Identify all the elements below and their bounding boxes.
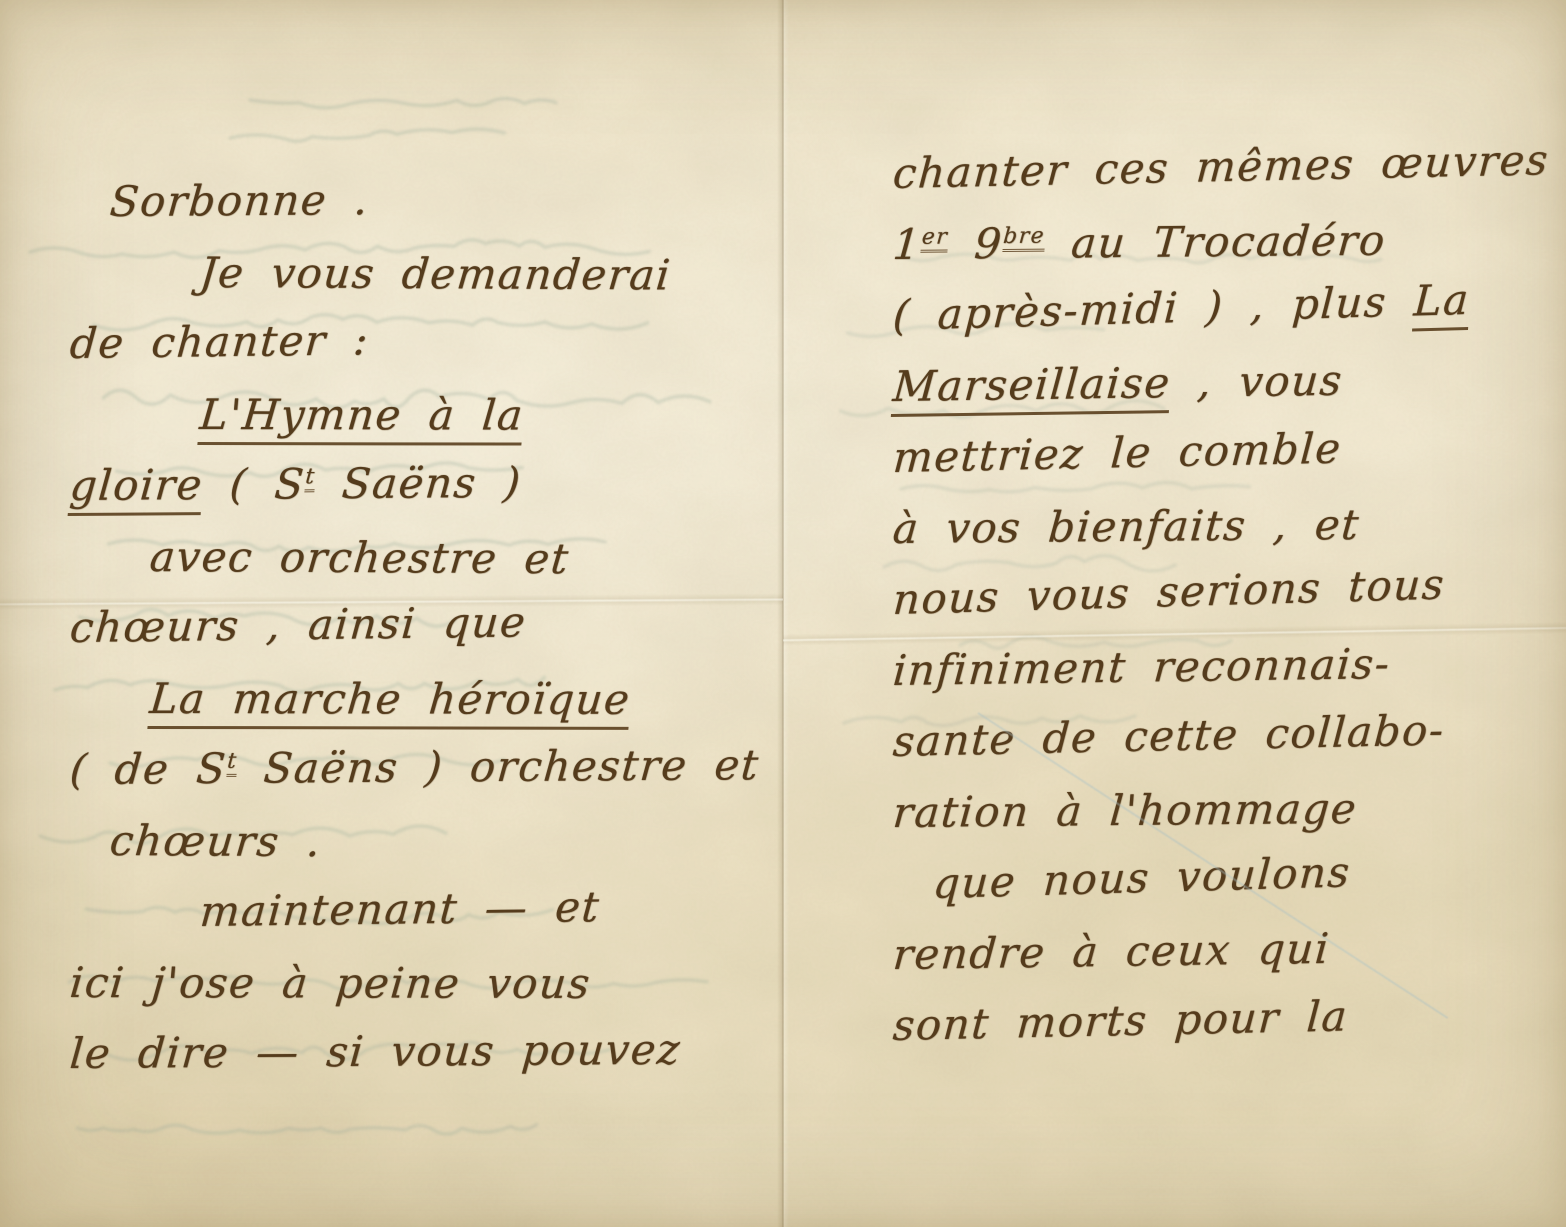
manuscript-line: gloire ( St Saëns ): [68, 459, 523, 510]
manuscript-text: 9: [946, 219, 1005, 269]
manuscript-line: La marche héroïque: [148, 675, 633, 724]
manuscript-text: Je vous demanderai: [198, 248, 674, 299]
manuscript-line: nous vous serions tous: [892, 561, 1447, 625]
letter-page-left: Sorbonne .Je vous demanderaide chanter :…: [0, 0, 783, 1227]
manuscript-line: mettriez le comble: [891, 425, 1343, 483]
manuscript-text: Saëns ) orchestre et: [235, 740, 761, 793]
manuscript-line: Marseillaise , vous: [891, 357, 1344, 412]
manuscript-text: que nous voulons: [932, 847, 1353, 908]
underlined-text: Marseillaise: [891, 358, 1173, 417]
manuscript-line: sont morts pour la: [891, 992, 1349, 1050]
center-fold: [777, 0, 789, 1227]
manuscript-text: ration à l'hommage: [891, 784, 1359, 837]
manuscript-lines-left: Sorbonne .Je vous demanderaide chanter :…: [0, 0, 783, 1227]
manuscript-text: chœurs .: [108, 816, 324, 866]
manuscript-text: infiniment reconnais-: [891, 639, 1392, 695]
manuscript-text: er: [921, 225, 950, 253]
underlined-text: La: [1412, 275, 1471, 332]
underlined-text: La marche héroïque: [147, 674, 632, 730]
manuscript-text: maintenant — et: [198, 882, 602, 936]
manuscript-line: que nous voulons: [932, 848, 1353, 908]
manuscript-text: à vos bienfaits , et: [891, 500, 1362, 553]
manuscript-text: au Trocadéro: [1043, 216, 1388, 268]
underlined-text: gloire: [68, 460, 205, 516]
manuscript-text: rendre à ceux qui: [891, 924, 1331, 979]
manuscript-line: maintenant — et: [198, 883, 602, 936]
manuscript-line: à vos bienfaits , et: [891, 501, 1362, 553]
manuscript-line: infiniment reconnais-: [891, 640, 1392, 695]
manuscript-line: ( après-midi ) , plus La: [892, 276, 1472, 341]
manuscript-text: avec orchestre et: [148, 532, 572, 583]
manuscript-line: ( de St Saëns ) orchestre et: [68, 741, 761, 794]
manuscript-line: sante de cette collabo-: [891, 706, 1446, 766]
underlined-text: L'Hymne à la: [197, 390, 526, 446]
manuscript-line: ration à l'hommage: [891, 785, 1359, 837]
manuscript-text: ici j'ose à peine vous: [68, 958, 593, 1008]
manuscript-text: ( de S: [68, 744, 229, 794]
manuscript-line: avec orchestre et: [148, 533, 572, 583]
manuscript-line: L'Hymne à la: [198, 391, 526, 440]
manuscript-line: ici j'ose à peine vous: [68, 959, 593, 1008]
manuscript-text: de chanter :: [68, 315, 371, 368]
manuscript-text: sante de cette collabo-: [891, 705, 1446, 766]
manuscript-line: Je vous demanderai: [198, 249, 673, 300]
manuscript-text: sont morts pour la: [891, 991, 1349, 1050]
manuscript-text: ( après-midi ) , plus: [892, 276, 1416, 340]
manuscript-line: rendre à ceux qui: [891, 925, 1331, 979]
manuscript-line: chanter ces mêmes œuvres le: [891, 135, 1566, 199]
manuscript-text: ( S: [201, 459, 307, 509]
manuscript-line: de chanter :: [68, 316, 371, 368]
manuscript-text: le dire — si vous pouvez: [68, 1025, 683, 1078]
manuscript-text: Sorbonne .: [108, 175, 371, 226]
letter-scan: Sorbonne .Je vous demanderaide chanter :…: [0, 0, 1566, 1227]
manuscript-text: Saëns ): [313, 458, 523, 508]
manuscript-text: chanter ces mêmes œuvres le: [891, 134, 1566, 198]
manuscript-text: mettriez le comble: [891, 424, 1343, 482]
manuscript-line: chœurs .: [108, 817, 324, 866]
manuscript-text: bre: [1002, 224, 1046, 252]
manuscript-text: , vous: [1169, 356, 1345, 407]
manuscript-line: Sorbonne .: [108, 176, 371, 226]
manuscript-text: nous vous serions tous: [892, 560, 1447, 625]
manuscript-lines-right: chanter ces mêmes œuvres le1er 9bre au T…: [783, 0, 1566, 1227]
manuscript-line: le dire — si vous pouvez: [68, 1026, 683, 1079]
letter-page-right: chanter ces mêmes œuvres le1er 9bre au T…: [783, 0, 1566, 1227]
manuscript-line: 1er 9bre au Trocadéro: [891, 217, 1388, 270]
manuscript-text: 1: [891, 220, 923, 269]
